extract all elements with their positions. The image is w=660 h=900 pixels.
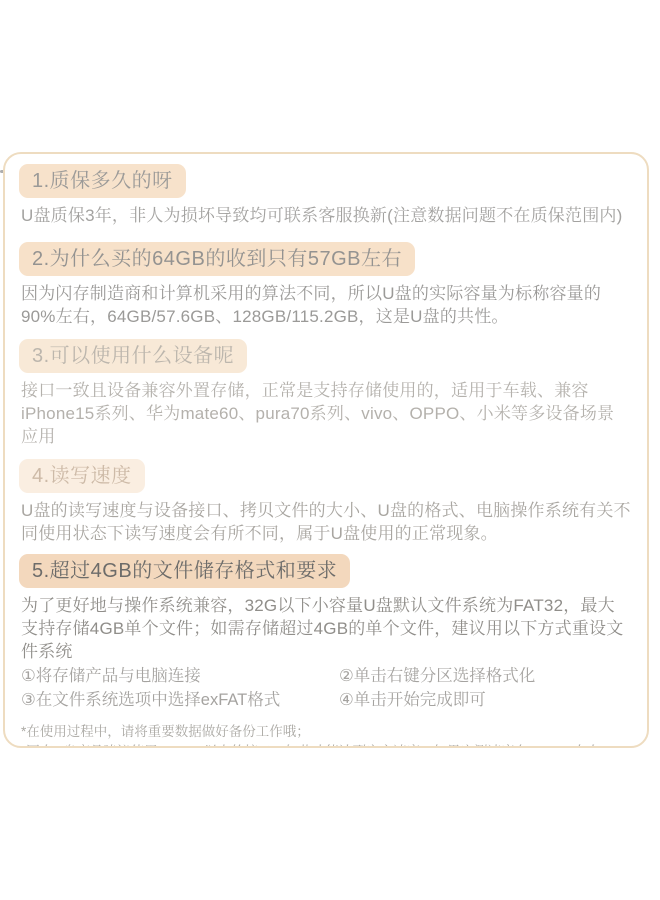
faq-answer-text: U盘质保3年，非人为损坏导致均可联系客服换新(注意数据问题不在质保范围内) — [21, 204, 631, 227]
faq-item-capacity: 2.为什么买的64GB的收到只有57GB左右 因为闪存制造商和计算机采用的算法不… — [19, 242, 633, 328]
format-step: ③在文件系统选项中选择exFAT格式 — [21, 689, 339, 712]
footnotes-block: *在使用过程中，请将重要数据做好备份工作哦； *固态U盘产品建议使用USB3.0… — [21, 722, 631, 748]
faq-question-badge: 1.质保多久的呀 — [19, 164, 186, 198]
faq-answer-text: 为了更好地与操作系统兼容，32G以下小容量U盘默认文件系统为FAT32，最大支持… — [21, 594, 631, 663]
faq-item-warranty: 1.质保多久的呀 U盘质保3年，非人为损坏导致均可联系客服换新(注意数据问题不在… — [19, 164, 633, 227]
faq-question-badge: 4.读写速度 — [19, 459, 145, 493]
format-step: ④单击开始完成即可 — [339, 689, 631, 712]
faq-answer-text: 接口一致且设备兼容外置存储，正常是支持存储使用的，适用于车载、兼容iPhone1… — [21, 379, 631, 448]
faq-question-badge: 3.可以使用什么设备呢 — [19, 339, 247, 373]
footnote-usb3: *固态U盘产品建议使用USB3.0以上的接口，如此才能达到官方速度，如果实测速度… — [21, 742, 631, 748]
faq-answer-text: U盘的读写速度与设备接口、拷贝文件的大小、U盘的格式、电脑操作系统有关不同使用状… — [21, 499, 631, 545]
faq-answer-text: 因为闪存制造商和计算机采用的算法不同，所以U盘的实际容量为标称容量的90%左右，… — [21, 282, 631, 328]
faq-item-file-format: 5.超过4GB的文件储存格式和要求 为了更好地与操作系统兼容，32G以下小容量U… — [19, 554, 633, 712]
faq-item-devices: 3.可以使用什么设备呢 接口一致且设备兼容外置存储，正常是支持存储使用的，适用于… — [19, 339, 633, 448]
format-step: ②单击右键分区选择格式化 — [339, 665, 631, 688]
faq-card: 1.质保多久的呀 U盘质保3年，非人为损坏导致均可联系客服换新(注意数据问题不在… — [3, 152, 649, 748]
product-faq-page: 1.质保多久的呀 U盘质保3年，非人为损坏导致均可联系客服换新(注意数据问题不在… — [0, 0, 660, 900]
format-steps-list: ①将存储产品与电脑连接 ②单击右键分区选择格式化 ③在文件系统选项中选择exFA… — [21, 665, 631, 712]
format-step: ①将存储产品与电脑连接 — [21, 665, 339, 688]
faq-question-badge: 5.超过4GB的文件储存格式和要求 — [19, 554, 350, 588]
faq-question-badge: 2.为什么买的64GB的收到只有57GB左右 — [19, 242, 415, 276]
footnote-backup: *在使用过程中，请将重要数据做好备份工作哦； — [21, 722, 631, 742]
faq-item-speed: 4.读写速度 U盘的读写速度与设备接口、拷贝文件的大小、U盘的格式、电脑操作系统… — [19, 459, 633, 545]
